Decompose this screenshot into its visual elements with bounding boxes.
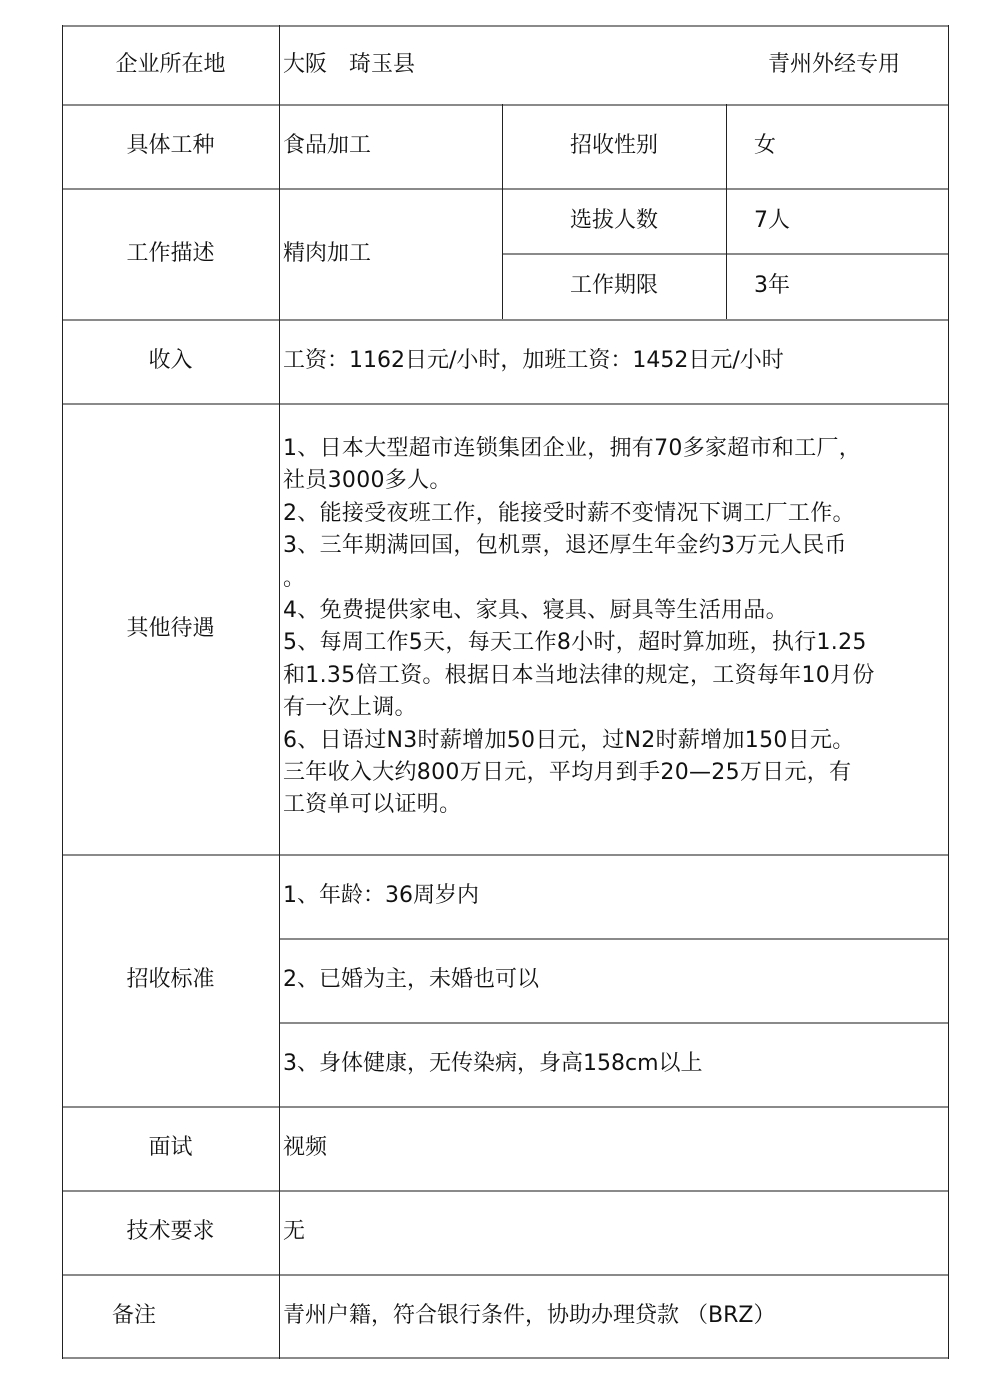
interview-label: 面试 (62, 1106, 279, 1190)
benefit-line: 三年收入大约800万日元，平均月到手20—25万日元，有 (283, 757, 946, 789)
interview-value: 视频 (279, 1106, 948, 1190)
criteria-item: 3、身体健康，无传染病，身高158cm以上 (279, 1022, 948, 1106)
gender-label: 招收性别 (502, 104, 726, 188)
benefit-line: 社员3000多人。 (283, 465, 946, 497)
benefit-line: 2、能接受夜班工作，能接受时薪不变情况下调工厂工作。 (283, 498, 946, 530)
benefit-line: 工资单可以证明。 (283, 789, 946, 821)
headcount-value: 7人 (754, 188, 944, 253)
benefit-line: 和1.35倍工资。根据日本当地法律的规定，工资每年10月份 (283, 660, 946, 692)
income-label: 收入 (62, 319, 279, 403)
benefit-line: 有一次上调。 (283, 692, 946, 724)
criteria-label: 招收标准 (62, 854, 279, 1106)
location-value: 大阪 琦玉县 (279, 25, 679, 104)
job-desc-value: 精肉加工 (279, 188, 502, 319)
income-value: 工资：1162日元/小时，加班工资：1452日元/小时 (279, 319, 948, 403)
benefit-line: 4、免费提供家电、家具、寝具、厨具等生活用品。 (283, 595, 946, 627)
remarks-value: 青州户籍，符合银行条件，协助办理贷款 （BRZ） (279, 1274, 948, 1357)
criteria-item: 1、年龄：36周岁内 (279, 854, 948, 938)
usage-tag: 青州外经专用 (768, 25, 938, 104)
job-info-table: 企业所在地 大阪 琦玉县 青州外经专用 具体工种 食品加工 招收性别 女 工作描… (62, 25, 949, 1358)
benefit-line: 6、日语过N3时薪增加50日元，过N2时薪增加150日元。 (283, 725, 946, 757)
criteria-item: 2、已婚为主，未婚也可以 (279, 938, 948, 1022)
job-type-value: 食品加工 (279, 104, 502, 188)
job-type-label: 具体工种 (62, 104, 279, 188)
remarks-label: 备注 (112, 1274, 279, 1357)
benefits-list: 1、日本大型超市连锁集团企业，拥有70多家超市和工厂， 社员3000多人。 2、… (279, 403, 948, 854)
benefit-line: 5、每周工作5天，每天工作8小时，超时算加班，执行1.25 (283, 627, 946, 659)
benefit-line: 。 (283, 563, 946, 595)
skills-value: 无 (279, 1190, 948, 1274)
headcount-label: 选拔人数 (502, 188, 726, 253)
job-desc-label: 工作描述 (62, 188, 279, 319)
benefits-label: 其他待遇 (62, 403, 279, 854)
divider (948, 25, 949, 1359)
term-value: 3年 (754, 253, 944, 319)
term-label: 工作期限 (502, 253, 726, 319)
benefit-line: 3、三年期满回国，包机票，退还厚生年金约3万元人民币 (283, 530, 946, 562)
benefit-line: 1、日本大型超市连锁集团企业，拥有70多家超市和工厂， (283, 433, 946, 465)
skills-label: 技术要求 (62, 1190, 279, 1274)
divider (726, 104, 727, 319)
gender-value: 女 (754, 104, 944, 188)
divider (62, 1357, 949, 1359)
location-label: 企业所在地 (62, 25, 279, 104)
